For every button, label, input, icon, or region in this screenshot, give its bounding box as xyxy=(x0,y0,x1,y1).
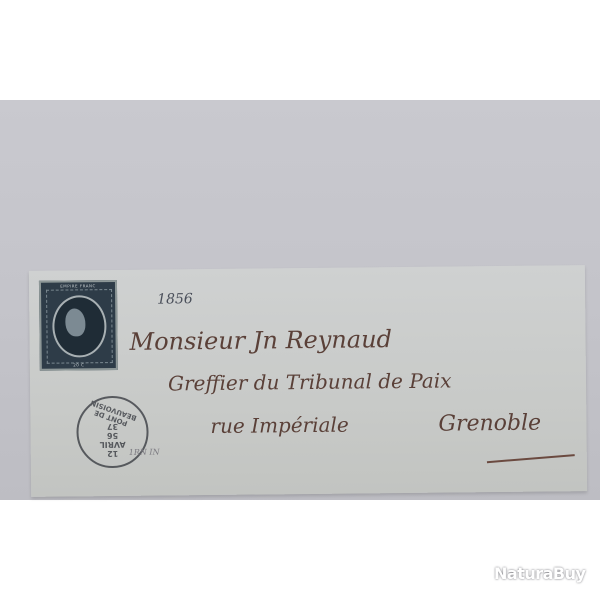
postmark: PONT DE BEAUVOISIN 12 AVRIL 56 37 xyxy=(76,396,149,469)
portrait-icon xyxy=(65,308,85,336)
stamp-bottom-text: 20 C xyxy=(42,362,116,368)
address-line-3: rue Impériale xyxy=(210,413,349,438)
address-line-1: Monsieur Jn Reynaud xyxy=(129,325,392,356)
address-city: Grenoble xyxy=(438,411,541,437)
watermark-logo: NaturaBuy xyxy=(494,564,585,583)
year-note: 1856 xyxy=(157,291,193,307)
pencil-note: 1RN IN xyxy=(129,448,160,457)
postage-stamp: EMPIRE FRANC 20 C xyxy=(39,280,118,371)
city-underline xyxy=(487,454,575,463)
photo-background: EMPIRE FRANC 20 C 1856 PONT DE BEAUVOISI… xyxy=(0,100,600,500)
stamp-top-text: EMPIRE FRANC xyxy=(41,283,115,289)
address-line-2: Greffier du Tribunal de Paix xyxy=(168,368,452,395)
envelope: EMPIRE FRANC 20 C 1856 PONT DE BEAUVOISI… xyxy=(29,265,587,497)
